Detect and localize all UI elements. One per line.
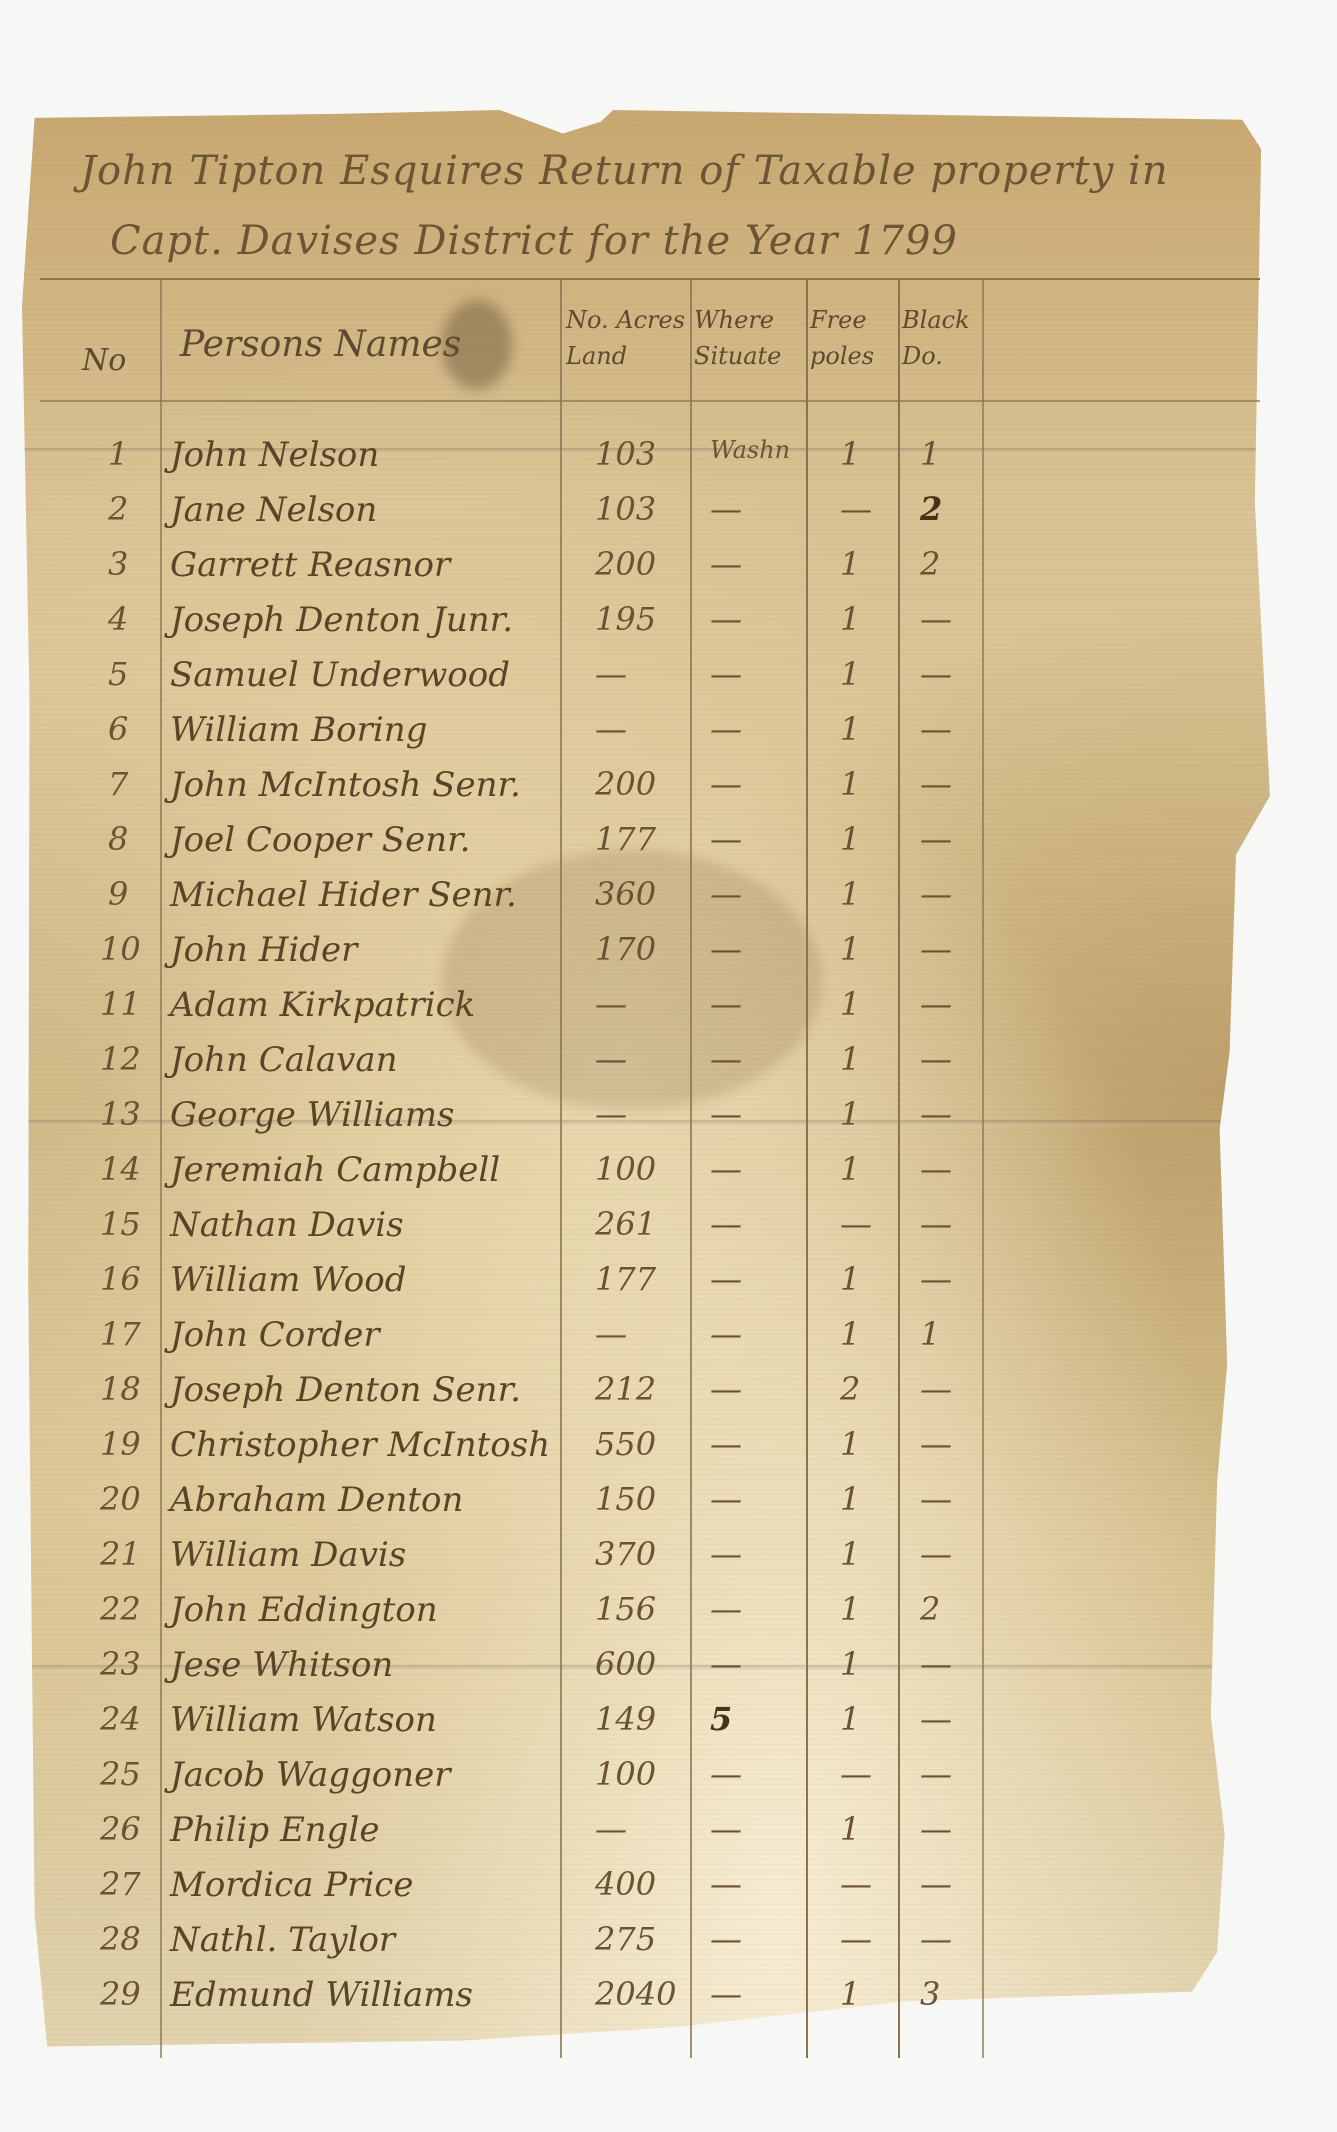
cell-name: Nathl. Taylor <box>170 1923 395 1957</box>
cell-free: 1 <box>840 1648 860 1680</box>
cell-name: William Watson <box>170 1703 437 1737</box>
cell-no: 22 <box>100 1593 141 1625</box>
cell-no: 16 <box>100 1263 141 1295</box>
cell-name: Joseph Denton Senr. <box>170 1373 521 1407</box>
cell-black: — <box>920 658 952 690</box>
cell-no: 19 <box>100 1428 141 1460</box>
cell-situate: 5 <box>710 1703 732 1735</box>
column-header-no: No <box>82 338 126 383</box>
cell-name: John Nelson <box>170 438 379 472</box>
cell-free: 2 <box>840 1373 860 1405</box>
cell-no: 24 <box>100 1703 141 1735</box>
cell-name: Philip Engle <box>170 1813 379 1847</box>
cell-situate: — <box>710 1538 742 1570</box>
cell-free: — <box>840 1923 872 1955</box>
cell-free: 1 <box>840 1978 860 2010</box>
cell-land: 400 <box>595 1868 656 1900</box>
cell-black: 2 <box>920 1593 940 1625</box>
cell-no: 7 <box>108 768 128 800</box>
cell-free: 1 <box>840 438 860 470</box>
cell-black: — <box>920 603 952 635</box>
cell-black: — <box>920 1813 952 1845</box>
cell-free: 1 <box>840 548 860 580</box>
cell-name: Adam Kirkpatrick <box>170 988 475 1022</box>
column-header-black-line1: Black <box>902 302 970 338</box>
column-rule <box>806 278 808 2058</box>
cell-no: 21 <box>100 1538 141 1570</box>
column-rule <box>982 278 984 2058</box>
cell-land: 149 <box>595 1703 656 1735</box>
cell-land: 275 <box>595 1923 656 1955</box>
cell-situate: — <box>710 1593 742 1625</box>
cell-name: Christopher McIntosh <box>170 1428 550 1462</box>
cell-no: 5 <box>108 658 128 690</box>
cell-no: 13 <box>100 1098 141 1130</box>
cell-situate: — <box>710 1813 742 1845</box>
cell-situate: — <box>710 768 742 800</box>
cell-land: — <box>595 1043 627 1075</box>
cell-black: — <box>920 1373 952 1405</box>
cell-name: Jeremiah Campbell <box>170 1153 500 1187</box>
cell-land: 200 <box>595 548 656 580</box>
cell-free: 1 <box>840 1428 860 1460</box>
cell-name: John Corder <box>170 1318 380 1352</box>
cell-land: 370 <box>595 1538 656 1570</box>
column-header-black: Black Do. <box>902 302 970 374</box>
cell-no: 27 <box>100 1868 141 1900</box>
cell-situate: — <box>710 878 742 910</box>
cell-free: — <box>840 493 872 525</box>
column-header-free: Free poles <box>810 302 874 374</box>
cell-no: 20 <box>100 1483 141 1515</box>
cell-land: 360 <box>595 878 656 910</box>
cell-situate: — <box>710 658 742 690</box>
header-top-rule <box>40 278 1260 280</box>
header-bottom-rule <box>40 400 1260 402</box>
cell-free: 1 <box>840 1813 860 1845</box>
cell-no: 3 <box>108 548 128 580</box>
cell-free: 1 <box>840 988 860 1020</box>
cell-situate: Washn <box>710 438 790 462</box>
column-rule <box>560 278 562 2058</box>
cell-name: John Hider <box>170 933 357 967</box>
cell-situate: — <box>710 548 742 580</box>
cell-land: 150 <box>595 1483 656 1515</box>
cell-situate: — <box>710 1978 742 2010</box>
cell-situate: — <box>710 1648 742 1680</box>
cell-name: William Wood <box>170 1263 407 1297</box>
cell-black: — <box>920 1428 952 1460</box>
cell-black: — <box>920 1923 952 1955</box>
cell-black: — <box>920 713 952 745</box>
cell-name: Abraham Denton <box>170 1483 463 1517</box>
cell-land: 100 <box>595 1153 656 1185</box>
cell-no: 25 <box>100 1758 141 1790</box>
cell-black: — <box>920 1538 952 1570</box>
cell-name: William Davis <box>170 1538 406 1572</box>
cell-name: George Williams <box>170 1098 455 1132</box>
cell-no: 18 <box>100 1373 141 1405</box>
cell-land: 170 <box>595 933 656 965</box>
cell-situate: — <box>710 1208 742 1240</box>
cell-no: 17 <box>100 1318 141 1350</box>
cell-land: — <box>595 1813 627 1845</box>
cell-black: — <box>920 1758 952 1790</box>
cell-situate: — <box>710 823 742 855</box>
cell-black: — <box>920 1208 952 1240</box>
cell-free: 1 <box>840 713 860 745</box>
cell-situate: — <box>710 1868 742 1900</box>
cell-situate: — <box>710 603 742 635</box>
cell-land: 195 <box>595 603 656 635</box>
column-header-situate-line2: Situate <box>694 338 781 374</box>
cell-no: 11 <box>100 988 141 1020</box>
cell-black: — <box>920 823 952 855</box>
cell-black: — <box>920 1043 952 1075</box>
cell-situate: — <box>710 988 742 1020</box>
cell-no: 1 <box>108 438 128 470</box>
cell-no: 4 <box>108 603 128 635</box>
cell-name: John Calavan <box>170 1043 398 1077</box>
cell-free: 1 <box>840 1318 860 1350</box>
cell-black: — <box>920 1263 952 1295</box>
cell-free: 1 <box>840 933 860 965</box>
cell-black: — <box>920 878 952 910</box>
cell-black: — <box>920 1648 952 1680</box>
cell-free: — <box>840 1208 872 1240</box>
cell-black: — <box>920 1153 952 1185</box>
cell-land: — <box>595 1318 627 1350</box>
cell-land: 100 <box>595 1758 656 1790</box>
cell-black: 3 <box>920 1978 940 2010</box>
column-rule <box>160 278 162 2058</box>
cell-no: 26 <box>100 1813 141 1845</box>
cell-free: 1 <box>840 1593 860 1625</box>
cell-free: 1 <box>840 1538 860 1570</box>
cell-land: 177 <box>595 823 656 855</box>
cell-no: 9 <box>108 878 128 910</box>
cell-free: 1 <box>840 1043 860 1075</box>
cell-black: — <box>920 988 952 1020</box>
cell-name: John Eddington <box>170 1593 438 1627</box>
cell-free: 1 <box>840 1703 860 1735</box>
cell-land: 550 <box>595 1428 656 1460</box>
cell-land: 200 <box>595 768 656 800</box>
cell-situate: — <box>710 933 742 965</box>
cell-black: — <box>920 1868 952 1900</box>
cell-situate: — <box>710 1043 742 1075</box>
document-title-line-2: Capt. Davises District for the Year 1799 <box>110 218 958 264</box>
cell-no: 14 <box>100 1153 141 1185</box>
cell-name: Joseph Denton Junr. <box>170 603 513 637</box>
cell-land: — <box>595 988 627 1020</box>
cell-black: 1 <box>920 438 940 470</box>
cell-situate: — <box>710 1483 742 1515</box>
cell-no: 6 <box>108 713 128 745</box>
cell-no: 2 <box>108 493 128 525</box>
cell-situate: — <box>710 1923 742 1955</box>
cell-free: 1 <box>840 823 860 855</box>
cell-name: Garrett Reasnor <box>170 548 450 582</box>
cell-free: 1 <box>840 1263 860 1295</box>
cell-free: 1 <box>840 1098 860 1130</box>
cell-name: Edmund Williams <box>170 1978 473 2012</box>
cell-black: — <box>920 933 952 965</box>
cell-no: 23 <box>100 1648 141 1680</box>
column-header-black-line2: Do. <box>902 338 970 374</box>
column-rule <box>898 278 900 2058</box>
cell-situate: — <box>710 1318 742 1350</box>
cell-black: 1 <box>920 1318 940 1350</box>
cell-black: — <box>920 768 952 800</box>
document-title-line-1: John Tipton Esquires Return of Taxable p… <box>80 148 1169 194</box>
cell-name: Jane Nelson <box>170 493 377 527</box>
cell-free: 1 <box>840 658 860 690</box>
cell-no: 29 <box>100 1978 141 2010</box>
cell-name: Jese Whitson <box>170 1648 393 1682</box>
cell-situate: — <box>710 493 742 525</box>
cell-no: 10 <box>100 933 141 965</box>
cell-land: 261 <box>595 1208 656 1240</box>
cell-land: 103 <box>595 493 656 525</box>
cell-name: Michael Hider Senr. <box>170 878 517 912</box>
cell-name: Joel Cooper Senr. <box>170 823 470 857</box>
cell-black: 2 <box>920 493 942 525</box>
column-header-land-line1: No. Acres <box>566 302 685 338</box>
cell-no: 15 <box>100 1208 141 1240</box>
column-header-free-line2: poles <box>810 338 874 374</box>
column-header-land: No. Acres Land <box>566 302 685 374</box>
cell-black: — <box>920 1703 952 1735</box>
column-header-land-line2: Land <box>566 338 685 374</box>
cell-land: 600 <box>595 1648 656 1680</box>
cell-no: 8 <box>108 823 128 855</box>
column-header-free-line1: Free <box>810 302 874 338</box>
cell-black: 2 <box>920 548 940 580</box>
cell-land: 156 <box>595 1593 656 1625</box>
cell-land: 177 <box>595 1263 656 1295</box>
cell-situate: — <box>710 1428 742 1460</box>
cell-situate: — <box>710 1758 742 1790</box>
cell-situate: — <box>710 1153 742 1185</box>
cell-situate: — <box>710 713 742 745</box>
cell-situate: — <box>710 1263 742 1295</box>
cell-name: Mordica Price <box>170 1868 413 1902</box>
cell-free: 1 <box>840 603 860 635</box>
cell-name: Nathan Davis <box>170 1208 404 1242</box>
cell-name: William Boring <box>170 713 427 747</box>
cell-free: — <box>840 1868 872 1900</box>
cell-situate: — <box>710 1373 742 1405</box>
cell-no: 28 <box>100 1923 141 1955</box>
column-header-names: Persons Names <box>180 318 461 372</box>
column-rule <box>690 278 692 2058</box>
cell-free: 1 <box>840 768 860 800</box>
cell-free: 1 <box>840 1153 860 1185</box>
column-header-situate-line1: Where <box>694 302 781 338</box>
cell-free: — <box>840 1758 872 1790</box>
cell-land: — <box>595 713 627 745</box>
cell-no: 12 <box>100 1043 141 1075</box>
cell-name: Samuel Underwood <box>170 658 510 692</box>
cell-name: John McIntosh Senr. <box>170 768 521 802</box>
cell-land: — <box>595 1098 627 1130</box>
cell-land: 103 <box>595 438 656 470</box>
cell-situate: — <box>710 1098 742 1130</box>
cell-land: 212 <box>595 1373 656 1405</box>
cell-free: 1 <box>840 878 860 910</box>
cell-black: — <box>920 1483 952 1515</box>
column-header-situate: Where Situate <box>694 302 781 374</box>
cell-black: — <box>920 1098 952 1130</box>
cell-land: 2040 <box>595 1978 676 2010</box>
cell-land: — <box>595 658 627 690</box>
cell-free: 1 <box>840 1483 860 1515</box>
cell-name: Jacob Waggoner <box>170 1758 451 1792</box>
